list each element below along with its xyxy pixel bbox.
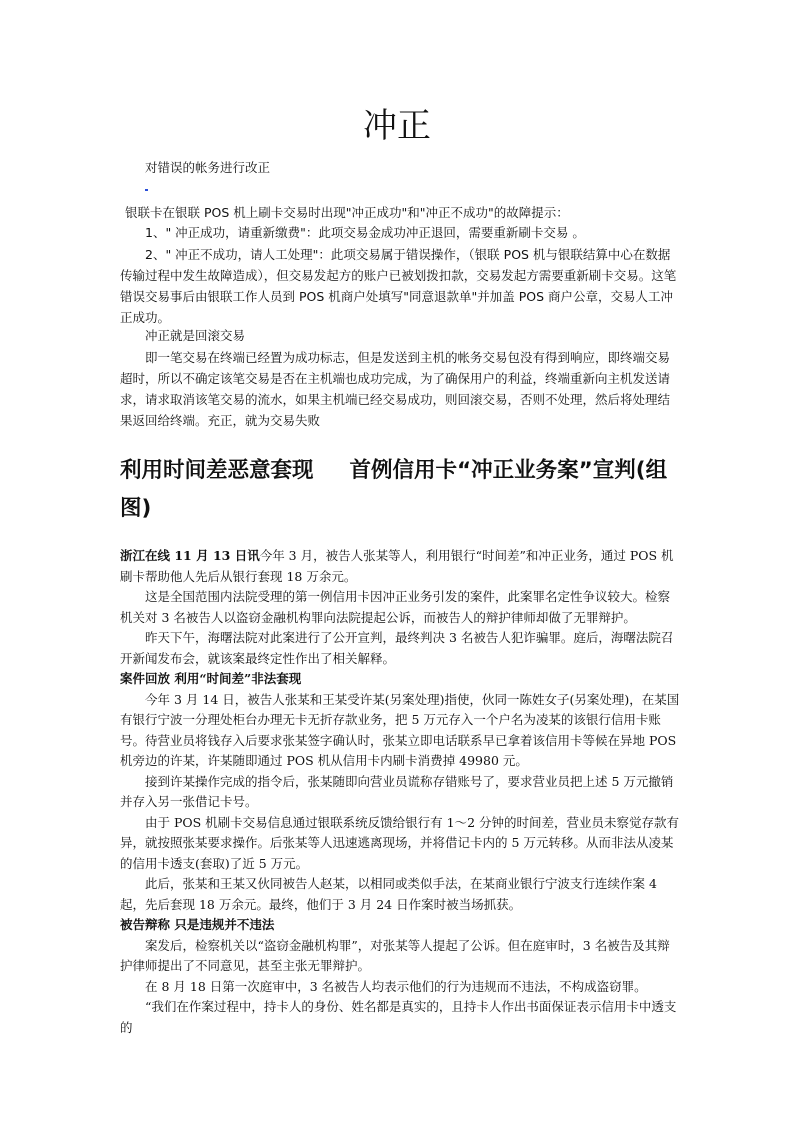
- rollback-text: 即一笔交易在终端已经置为成功标志，但是发送到主机的帐务交易包没有得到响应，即终端…: [120, 347, 680, 431]
- subheading-case-replay: 案件回放 利用“时间差”非法套现: [120, 669, 682, 690]
- article-body: 浙江在线 11 月 13 日讯今年 3 月，被告人张某等人，利用银行“时间差”和…: [120, 546, 682, 1038]
- item-1: 1、" 冲正成功，请重新缴费"：此项交易金成功冲正退回，需要重新刷卡交易 。: [120, 223, 680, 243]
- article-paragraph-6: 由于 POS 机刷卡交易信息通过银联系统反馈给银行有 1～2 分钟的时间差，营业…: [120, 813, 682, 875]
- page-title: 冲正: [0, 104, 794, 148]
- document-page: 冲正 对错误的帐务进行改正 银联卡在银联 POS 机上刷卡交易时出现"冲正成功"…: [0, 0, 794, 1123]
- article-paragraph-7: 此后，张某和王某又伙同被告人赵某，以相同或类似手法，在某商业银行宁波支行连续作案…: [120, 874, 682, 915]
- headline-part1: 利用时间差恶意套现: [120, 458, 314, 483]
- article-paragraph-4: 今年 3 月 14 日，被告人张某和王某受许某(另案处理)指使，伙同一陈姓女子(…: [120, 690, 682, 772]
- definition-text: 对错误的帐务进行改正: [120, 158, 680, 178]
- article-paragraph-2: 这是全国范围内法院受理的第一例信用卡因冲正业务引发的案件，此案罪名定性争议较大。…: [120, 587, 682, 628]
- item-2: 2、" 冲正不成功，请人工处理"：此项交易属于错误操作，（银联 POS 机与银联…: [120, 244, 680, 328]
- article-paragraph-3: 昨天下午，海曙法院对此案进行了公开宣判，最终判决 3 名被告人犯诈骗罪。庭后，海…: [120, 628, 682, 669]
- article-paragraph-8: 案发后，检察机关以“盗窃金融机构罪”，对张某等人提起了公诉。但在庭审时，3 名被…: [120, 936, 682, 977]
- article-paragraph-5: 接到许某操作完成的指令后，张某随即向营业员谎称存错账号了，要求营业员把上述 5 …: [120, 772, 682, 813]
- blue-marker: [145, 189, 148, 191]
- article-headline: 利用时间差恶意套现首例信用卡“冲正业务案”宣判(组图): [120, 452, 690, 528]
- rollback-label: 冲正就是回滚交易: [120, 326, 680, 346]
- prompt-heading: 银联卡在银联 POS 机上刷卡交易时出现"冲正成功"和"冲正不成功"的故障提示：: [125, 203, 685, 223]
- subheading-defense: 被告辩称 只是违规并不违法: [120, 915, 682, 936]
- article-paragraph-9: 在 8 月 18 日第一次庭审中，3 名被告人均表示他们的行为违规而不违法，不构…: [120, 977, 682, 998]
- dateline: 浙江在线 11 月 13 日讯: [120, 548, 260, 563]
- article-paragraph-10: “我们在作案过程中，持卡人的身份、姓名都是真实的，且持卡人作出书面保证表示信用卡…: [120, 997, 682, 1038]
- article-paragraph-1: 浙江在线 11 月 13 日讯今年 3 月，被告人张某等人，利用银行“时间差”和…: [120, 546, 682, 587]
